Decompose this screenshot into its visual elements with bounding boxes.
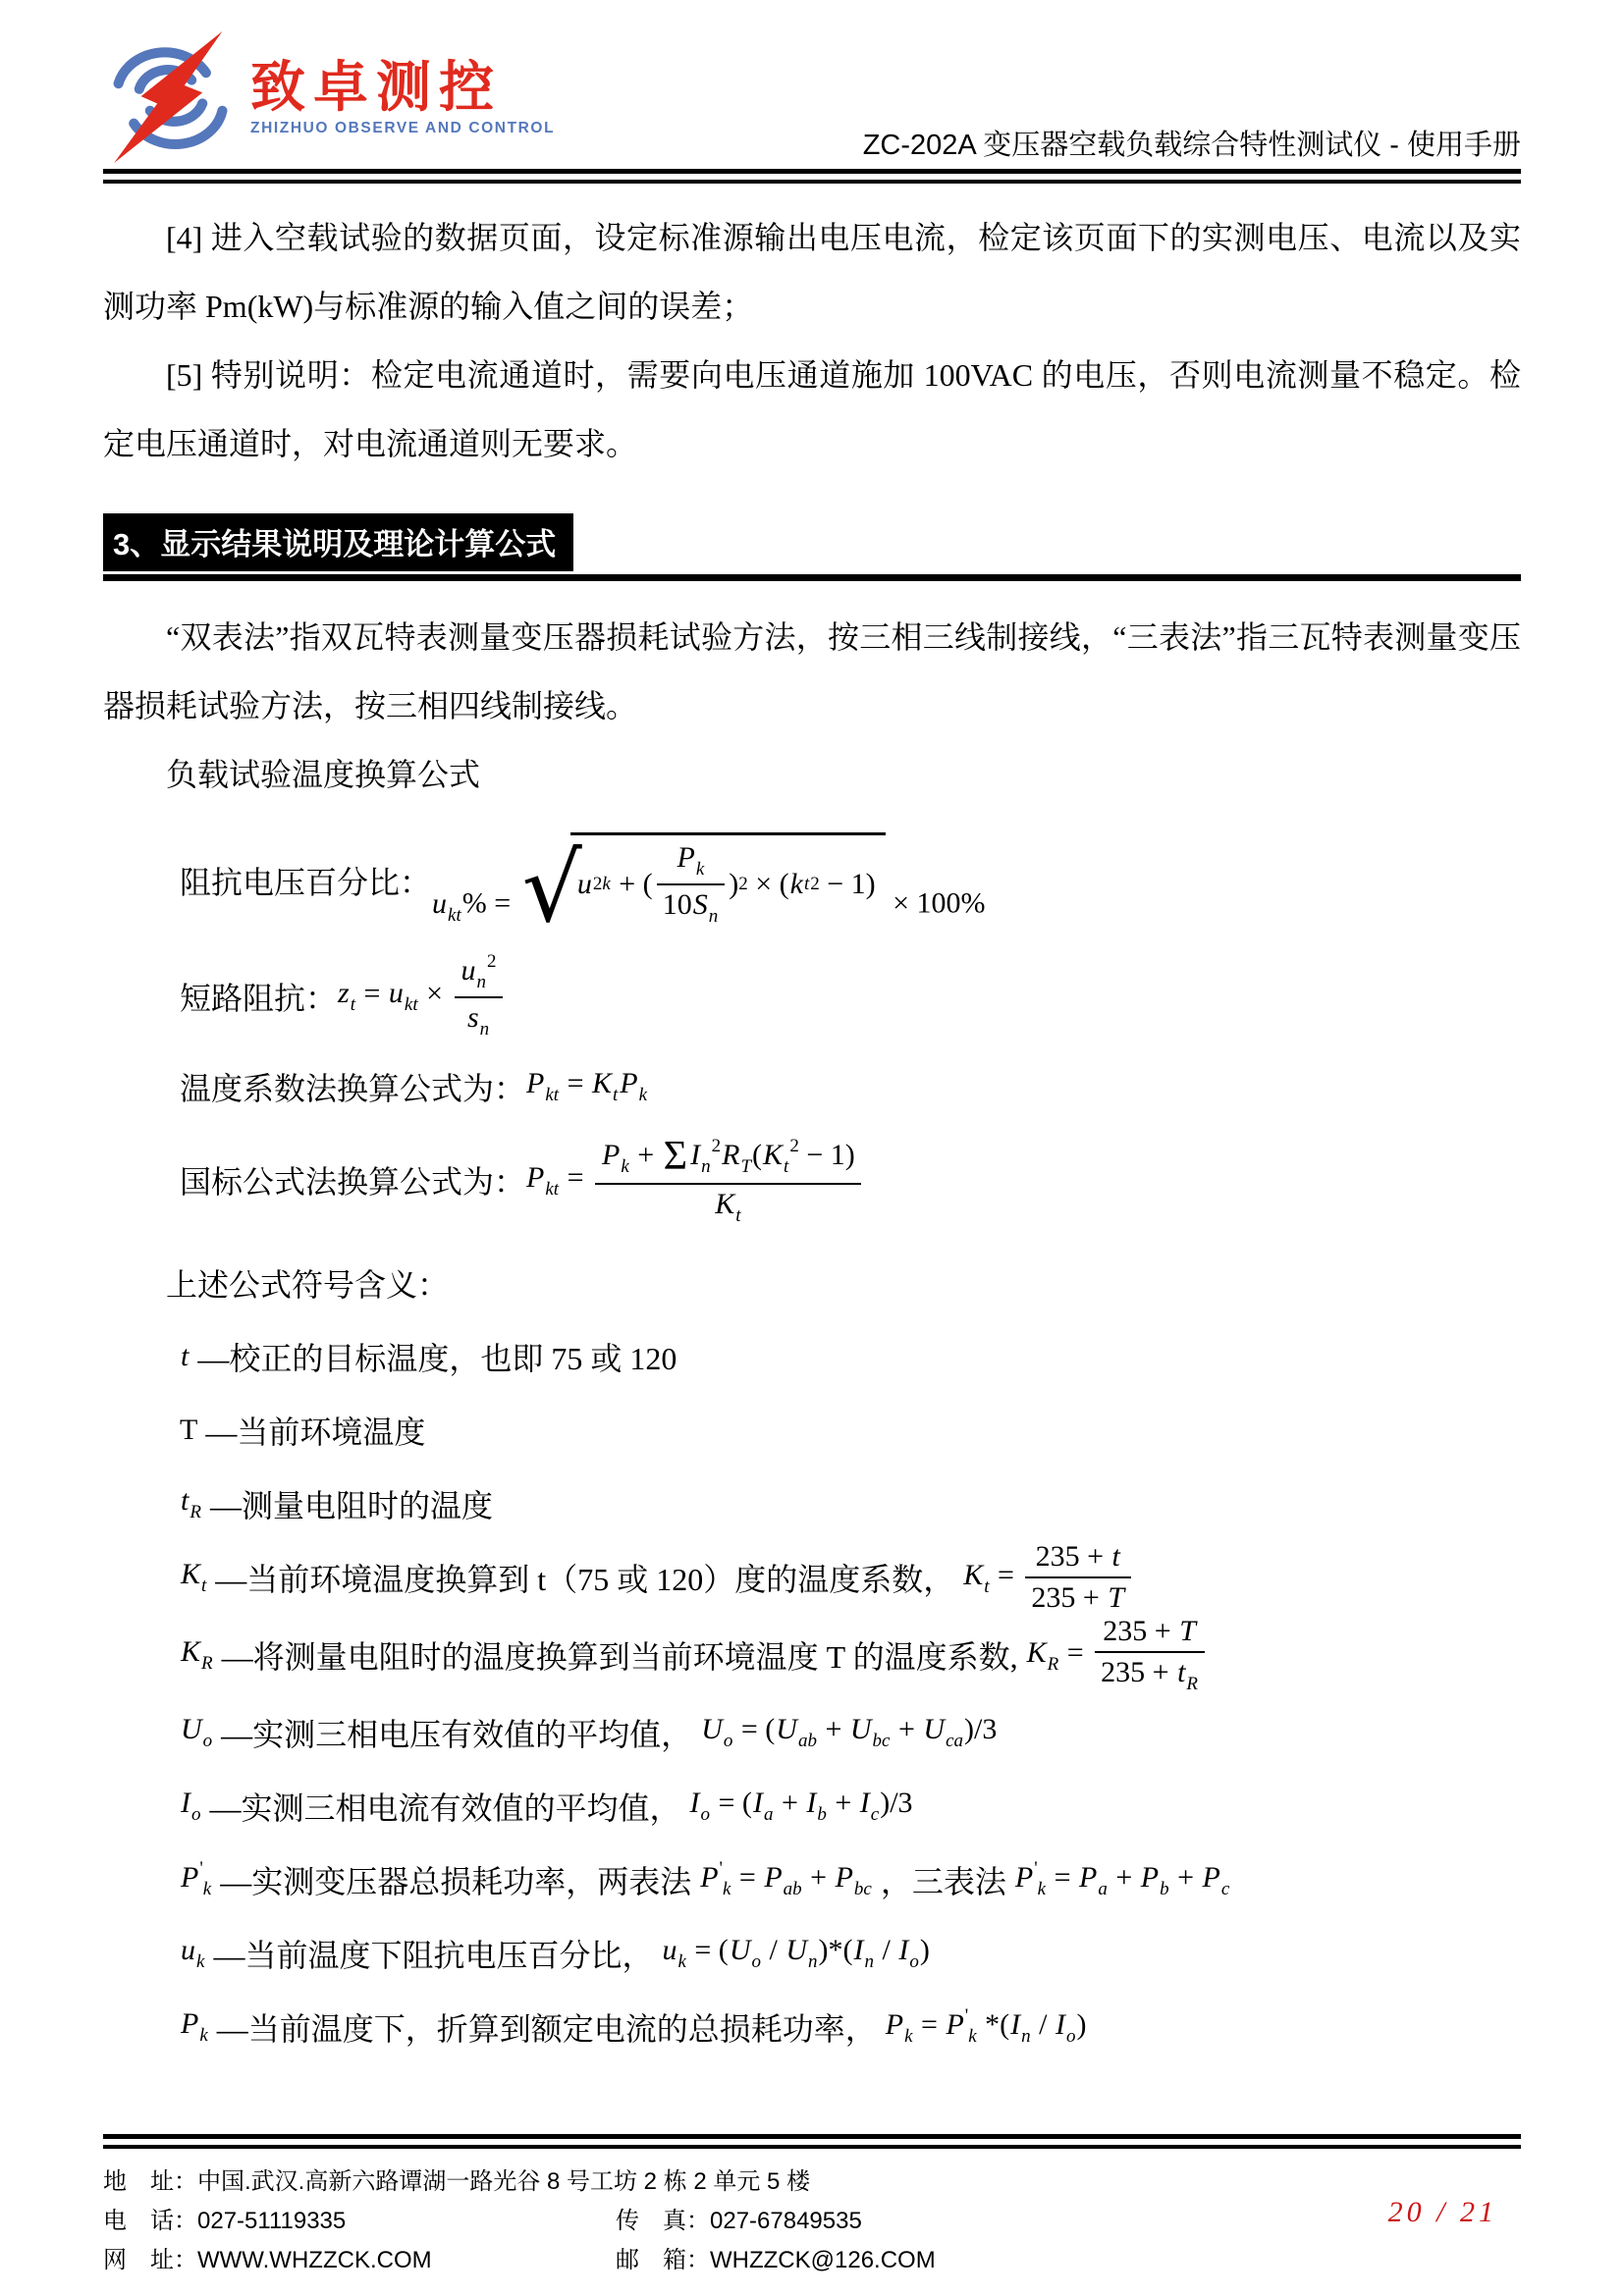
symbol-math: Pk	[180, 2007, 209, 2047]
paragraph: [4] 进入空载试验的数据页面，设定标准源输出电压电流，检定该页面下的实测电压、…	[103, 203, 1521, 341]
footer-phone-fax-row: 电 话：027-51119335 传 真：027-67849535	[103, 2202, 1521, 2241]
header-double-rule	[103, 169, 1521, 184]
formula-line: 阻抗电压百分比：ukt% = √u2k + (Pk10Sn)2 × (kt2 −…	[180, 832, 1521, 928]
formula-math: ukt% = √u2k + (Pk10Sn)2 × (kt2 − 1) × 10…	[431, 832, 986, 928]
footer-double-rule	[103, 2134, 1521, 2149]
fax-cell: 传 真：027-67849535	[616, 2202, 862, 2241]
page-header: 致卓测控 ZHIZHUO OBSERVE AND CONTROL ZC-202A…	[103, 0, 1521, 165]
symbol-math: uk = (Uo / Un)*(In / Io)	[661, 1934, 929, 1973]
fraction: un2sn	[455, 951, 503, 1041]
symbol-line: KR —将测量电阻时的温度换算到当前环境温度 T 的温度系数, KR = 235…	[180, 1615, 1521, 1695]
section-heading-block: 3、显示结果说明及理论计算公式	[103, 513, 1521, 581]
formula-line: 温度系数法换算公式为：Pkt = KtPk	[180, 1064, 1521, 1109]
lightning-bolt-logo-icon	[103, 29, 239, 165]
square-root: √u2k + (Pk10Sn)2 × (kt2 − 1)	[522, 832, 886, 928]
company-logo: 致卓测控 ZHIZHUO OBSERVE AND CONTROL	[103, 29, 555, 165]
phone-cell: 电 话：027-51119335	[103, 2202, 616, 2241]
footer-contact-rows: 地 址： 中国.武汉.高新六路谭湖一路光谷 8 号工坊 2 栋 2 单元 5 楼…	[103, 2163, 1521, 2280]
fraction: 235 + T235 + tR	[1095, 1615, 1205, 1695]
footer-web-email-row: 网 址：WWW.WHZZCK.COM 邮 箱：WHZZCK@126.COM	[103, 2241, 1521, 2280]
formula-math: Pkt = KtPk	[525, 1067, 648, 1106]
fraction: Pk10Sn	[657, 841, 726, 928]
page-footer: 地 址： 中国.武汉.高新六路谭湖一路光谷 8 号工坊 2 栋 2 单元 5 楼…	[103, 2130, 1521, 2280]
section-heading-rule	[103, 574, 1521, 581]
symbol-math: Uo	[180, 1713, 213, 1752]
fax-label: 传 真：	[616, 2208, 710, 2234]
manual-page: 致卓测控 ZHIZHUO OBSERVE AND CONTROL ZC-202A…	[0, 0, 1624, 2296]
fax-value: 027-67849535	[710, 2208, 862, 2234]
fraction: Pk + ΣIn2RT(Kt2 − 1)Kt	[595, 1133, 861, 1227]
page-number: 20 / 21	[1388, 2196, 1497, 2229]
sub-title: 上述公式符号含义：	[103, 1251, 1521, 1319]
symbol-math: t	[180, 1340, 189, 1373]
email-label: 邮 箱：	[616, 2247, 710, 2273]
logo-en-text: ZHIZHUO OBSERVE AND CONTROL	[250, 120, 555, 137]
symbol-line: t —校正的目标温度，也即 75 或 120	[180, 1319, 1521, 1393]
symbol-math: P'k	[180, 1858, 212, 1900]
logo-text-block: 致卓测控 ZHIZHUO OBSERVE AND CONTROL	[250, 57, 555, 137]
symbol-line: Io —实测三相电流有效值的平均值， Io = (Ia + Ib + Ic)/3	[180, 1769, 1521, 1842]
symbol-math: Io	[180, 1787, 202, 1826]
formula-line: 国标公式法换算公式为：Pkt = Pk + ΣIn2RT(Kt2 − 1)Kt	[180, 1133, 1521, 1227]
symbol-line: tR —测量电阻时的温度	[180, 1467, 1521, 1540]
symbol-line: Uo —实测三相电压有效值的平均值， Uo = (Uab + Ubc + Uca…	[180, 1695, 1521, 1769]
formula-label: 温度系数法换算公式为：	[180, 1064, 525, 1109]
formula-math: Pkt = Pk + ΣIn2RT(Kt2 − 1)Kt	[525, 1133, 865, 1227]
symbol-math: Kt = 235 + t235 + T	[962, 1540, 1135, 1615]
symbol-line: uk —当前温度下阻抗电压百分比， uk = (Uo / Un)*(In / I…	[180, 1916, 1521, 1990]
symbol-math: T	[180, 1414, 197, 1447]
email-cell: 邮 箱：WHZZCK@126.COM	[616, 2241, 936, 2280]
symbol-math: tR	[180, 1484, 202, 1523]
formula-line: 短路阻抗：zt = ukt × un2sn	[180, 951, 1521, 1041]
symbol-line: Kt —当前环境温度换算到 t（75 或 120）度的温度系数， Kt = 23…	[180, 1540, 1521, 1615]
symbol-math: uk	[180, 1934, 205, 1973]
symbol-math: P'k = Pab + Pbc	[699, 1858, 873, 1900]
email-value: WHZZCK@126.COM	[710, 2247, 936, 2273]
phone-value: 027-51119335	[197, 2208, 346, 2234]
website-label: 网 址：	[103, 2247, 197, 2273]
symbol-line: P'k —实测变压器总损耗功率，两表法 P'k = Pab + Pbc ，三表法…	[180, 1842, 1521, 1916]
formula-math: zt = ukt × un2sn	[337, 951, 507, 1041]
document-title: ZC-202A 变压器空载负载综合特性测试仪 - 使用手册	[863, 123, 1521, 165]
symbol-line: Pk —当前温度下，折算到额定电流的总损耗功率， Pk = P'k *(In /…	[180, 1990, 1521, 2063]
symbol-math: KR = 235 + T235 + tR	[1026, 1615, 1209, 1695]
symbol-math: Pk = P'k *(In / Io)	[885, 2005, 1087, 2048]
website-value: WWW.WHZZCK.COM	[197, 2247, 432, 2273]
page-content: [4] 进入空载试验的数据页面，设定标准源输出电压电流，检定该页面下的实测电压、…	[103, 184, 1521, 2063]
sub-title: 负载试验温度换算公式	[103, 740, 1521, 809]
fraction: 235 + t235 + T	[1025, 1540, 1131, 1615]
formula-label: 阻抗电压百分比：	[180, 858, 431, 903]
address-value: 中国.武汉.高新六路谭湖一路光谷 8 号工坊 2 栋 2 单元 5 楼	[197, 2163, 810, 2202]
section-heading: 3、显示结果说明及理论计算公式	[103, 513, 573, 571]
footer-address-row: 地 址： 中国.武汉.高新六路谭湖一路光谷 8 号工坊 2 栋 2 单元 5 楼	[103, 2163, 1521, 2202]
symbol-line: T —当前环境温度	[180, 1393, 1521, 1467]
paragraph: “双表法”指双瓦特表测量变压器损耗试验方法，按三相三线制接线，“三表法”指三瓦特…	[103, 603, 1521, 740]
paragraph: [5] 特别说明：检定电流通道时，需要向电压通道施加 100VAC 的电压，否则…	[103, 341, 1521, 478]
website-cell: 网 址：WWW.WHZZCK.COM	[103, 2241, 616, 2280]
formula-label: 国标公式法换算公式为：	[180, 1157, 525, 1202]
symbol-math: P'k = Pa + Pb + Pc	[1014, 1858, 1230, 1900]
symbol-math: KR	[180, 1635, 214, 1675]
phone-label: 电 话：	[103, 2208, 197, 2234]
symbol-math: Io = (Ia + Ib + Ic)/3	[689, 1787, 913, 1826]
symbol-math: Kt	[180, 1558, 207, 1597]
logo-cn-text: 致卓测控	[250, 57, 555, 118]
address-label: 地 址：	[103, 2163, 197, 2202]
formula-label: 短路阻抗：	[180, 974, 337, 1019]
symbol-math: Uo = (Uab + Ubc + Uca)/3	[700, 1713, 997, 1752]
